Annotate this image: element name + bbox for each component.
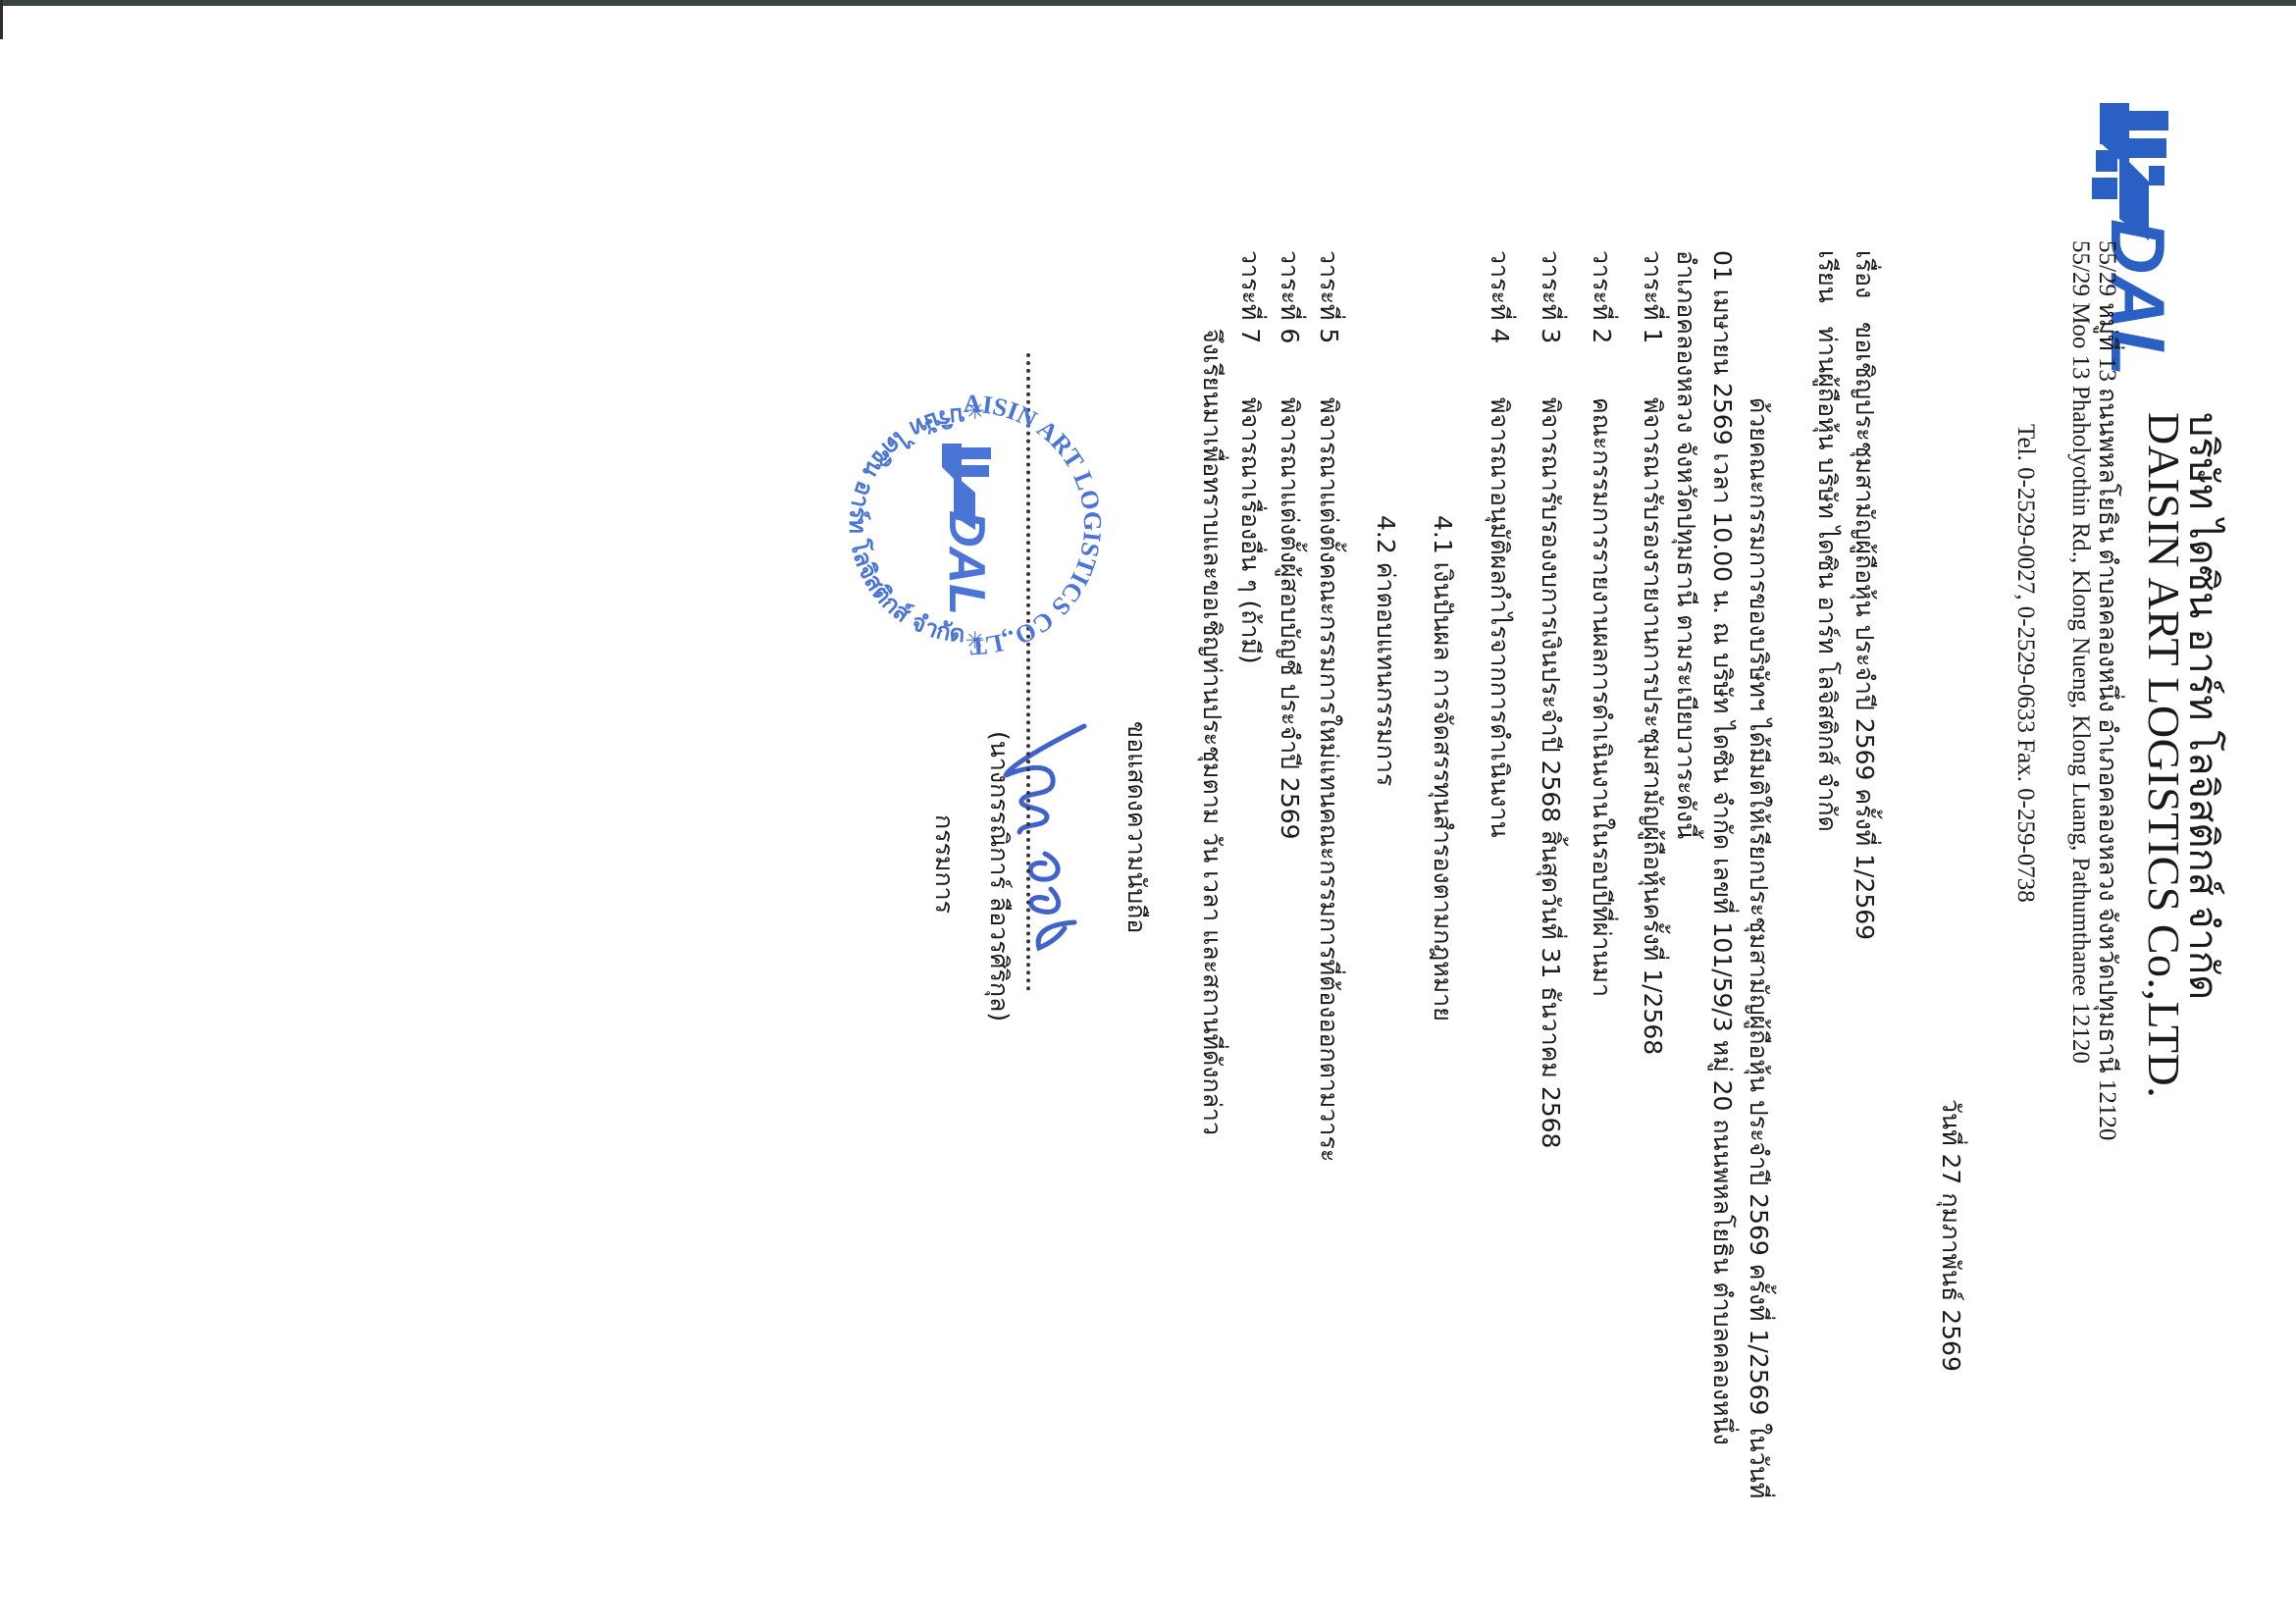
- svg-text:✳: ✳: [961, 630, 988, 650]
- subject-line: เรื่อง ขอเชิญประชุมสามัญผู้ถือหุ้น ประจำ…: [1845, 250, 1884, 940]
- agenda-item: วาระที่ 6พิจารณาแต่งตั้งผู้สอบบัญชี ประจ…: [1270, 250, 1309, 840]
- agenda-item-label: วาระที่ 6: [1270, 250, 1309, 397]
- agenda-item-text: พิจารณาแต่งตั้งคณะกรรมการใหม่แทนคณะกรรมก…: [1315, 397, 1343, 1162]
- body-line-1: ด้วยคณะกรรมการของบริษัทฯ ได้มีมติให้เรีย…: [1739, 397, 1778, 1498]
- agenda-subitem: 4.2 ค่าตอบแทนกรรมการ: [1366, 250, 1405, 786]
- agenda-item: วาระที่ 2คณะกรรมการรายงานผลการดำเนินงานใ…: [1582, 250, 1621, 997]
- agenda-item-label: วาระที่ 2: [1582, 250, 1621, 397]
- body-line-3: อำเภอคลองหลวง จังหวัดปทุมธานี ตามระเบียบ…: [1666, 250, 1705, 839]
- svg-text:DAL: DAL: [938, 510, 995, 615]
- agenda-item: วาระที่ 3พิจารณารับรองงบการเงินประจำปี 2…: [1531, 250, 1570, 1148]
- agenda-item-text: 4.2 ค่าตอบแทนกรรมการ: [1372, 515, 1400, 786]
- regards-text: ขอแสดงความนับถือ: [1117, 721, 1156, 933]
- agenda-item-text: พิจารณาเรื่องอื่น ๆ (ถ้ามี): [1236, 397, 1265, 664]
- agenda-item-label: วาระที่ 1: [1633, 250, 1672, 397]
- agenda-subitem: 4.1 เงินปันผล การจัดสรรทุนสำรองตามกฎหมาย: [1423, 250, 1462, 1021]
- agenda-item-text: พิจารณาอนุมัติผลกำไรจากการดำเนินงาน: [1486, 397, 1514, 838]
- address-thai: 55/29 หมู่ที่ 13 ถนนพหลโยธิน ตำบลคลองหนึ…: [2088, 240, 2127, 1140]
- recipient-line: เรียน ท่านผู้ถือหุ้น บริษัท ไดซิน อาร์ท …: [1807, 250, 1847, 832]
- agenda-item-label: วาระที่ 7: [1230, 250, 1270, 397]
- agenda-item-label: วาระที่ 5: [1309, 250, 1348, 397]
- closing-line: จึงเรียนมาเพื่อทราบและขอเชิญท่านประชุมตา…: [1192, 329, 1231, 1135]
- agenda-item: วาระที่ 1พิจารณารับรองรายงานการประชุมสาม…: [1633, 250, 1672, 1055]
- agenda-item: วาระที่ 4พิจารณาอนุมัติผลกำไรจากการดำเนิ…: [1480, 250, 1519, 838]
- agenda-item-label: วาระที่ 3: [1531, 250, 1570, 397]
- signatory-position: กรรมการ: [924, 814, 964, 914]
- company-name-english: DAISIN ART LOGISTICS Co.,LTD.: [2138, 412, 2190, 1098]
- phone-fax: Tel. 0-2529-0027, 0-2529-0633 Fax. 0-259…: [2011, 424, 2039, 903]
- body-line-2: 01 เมษายน 2569 เวลา 10.00 น. ณ บริษัท ได…: [1702, 250, 1742, 1445]
- agenda-item-label: วาระที่ 4: [1480, 250, 1519, 397]
- agenda-item-text: พิจารณาแต่งตั้งผู้สอบบัญชี ประจำปี 2569: [1276, 397, 1304, 840]
- agenda-item: วาระที่ 5พิจารณาแต่งตั้งคณะกรรมการใหม่แท…: [1309, 250, 1348, 1162]
- signatory-name: (นางกรรณิการ์ ลือวรศิริกุล): [979, 731, 1018, 1021]
- agenda-item-text: 4.1 เงินปันผล การจัดสรรทุนสำรองตามกฎหมาย: [1429, 515, 1457, 1021]
- company-stamp: DAISIN ART LOGISTICS CO.,LTD. บริษัท ไดซ…: [824, 373, 1128, 677]
- agenda-item-text: พิจารณารับรองงบการเงินประจำปี 2568 สิ้นส…: [1537, 397, 1565, 1148]
- agenda-item: วาระที่ 7พิจารณาเรื่องอื่น ๆ (ถ้ามี): [1230, 250, 1270, 664]
- subject-text: ขอเชิญประชุมสามัญผู้ถือหุ้น ประจำปี 2569…: [1851, 322, 1879, 940]
- agenda-item-text: คณะกรรมการรายงานผลการดำเนินงานในรอบปีที่…: [1588, 397, 1616, 997]
- subject-label: เรื่อง: [1851, 250, 1879, 298]
- recipient-text: ท่านผู้ถือหุ้น บริษัท ไดซิน อาร์ท โลจิสต…: [1813, 327, 1842, 832]
- letter-page: DAL บริษัท ไดซิน อาร์ท โลจิสติกส์ จำกัด …: [0, 0, 2296, 1623]
- svg-text:✳: ✳: [961, 400, 988, 420]
- address-english: 55/29 Moo 13 Phaholyothin Rd., Klong Nue…: [2066, 240, 2094, 1064]
- agenda-item-text: พิจารณารับรองรายงานการประชุมสามัญผู้ถือห…: [1639, 397, 1667, 1055]
- recipient-label: เรียน: [1813, 250, 1842, 303]
- letter-date: วันที่ 27 กุมภาพันธ์ 2569: [1931, 1099, 1970, 1372]
